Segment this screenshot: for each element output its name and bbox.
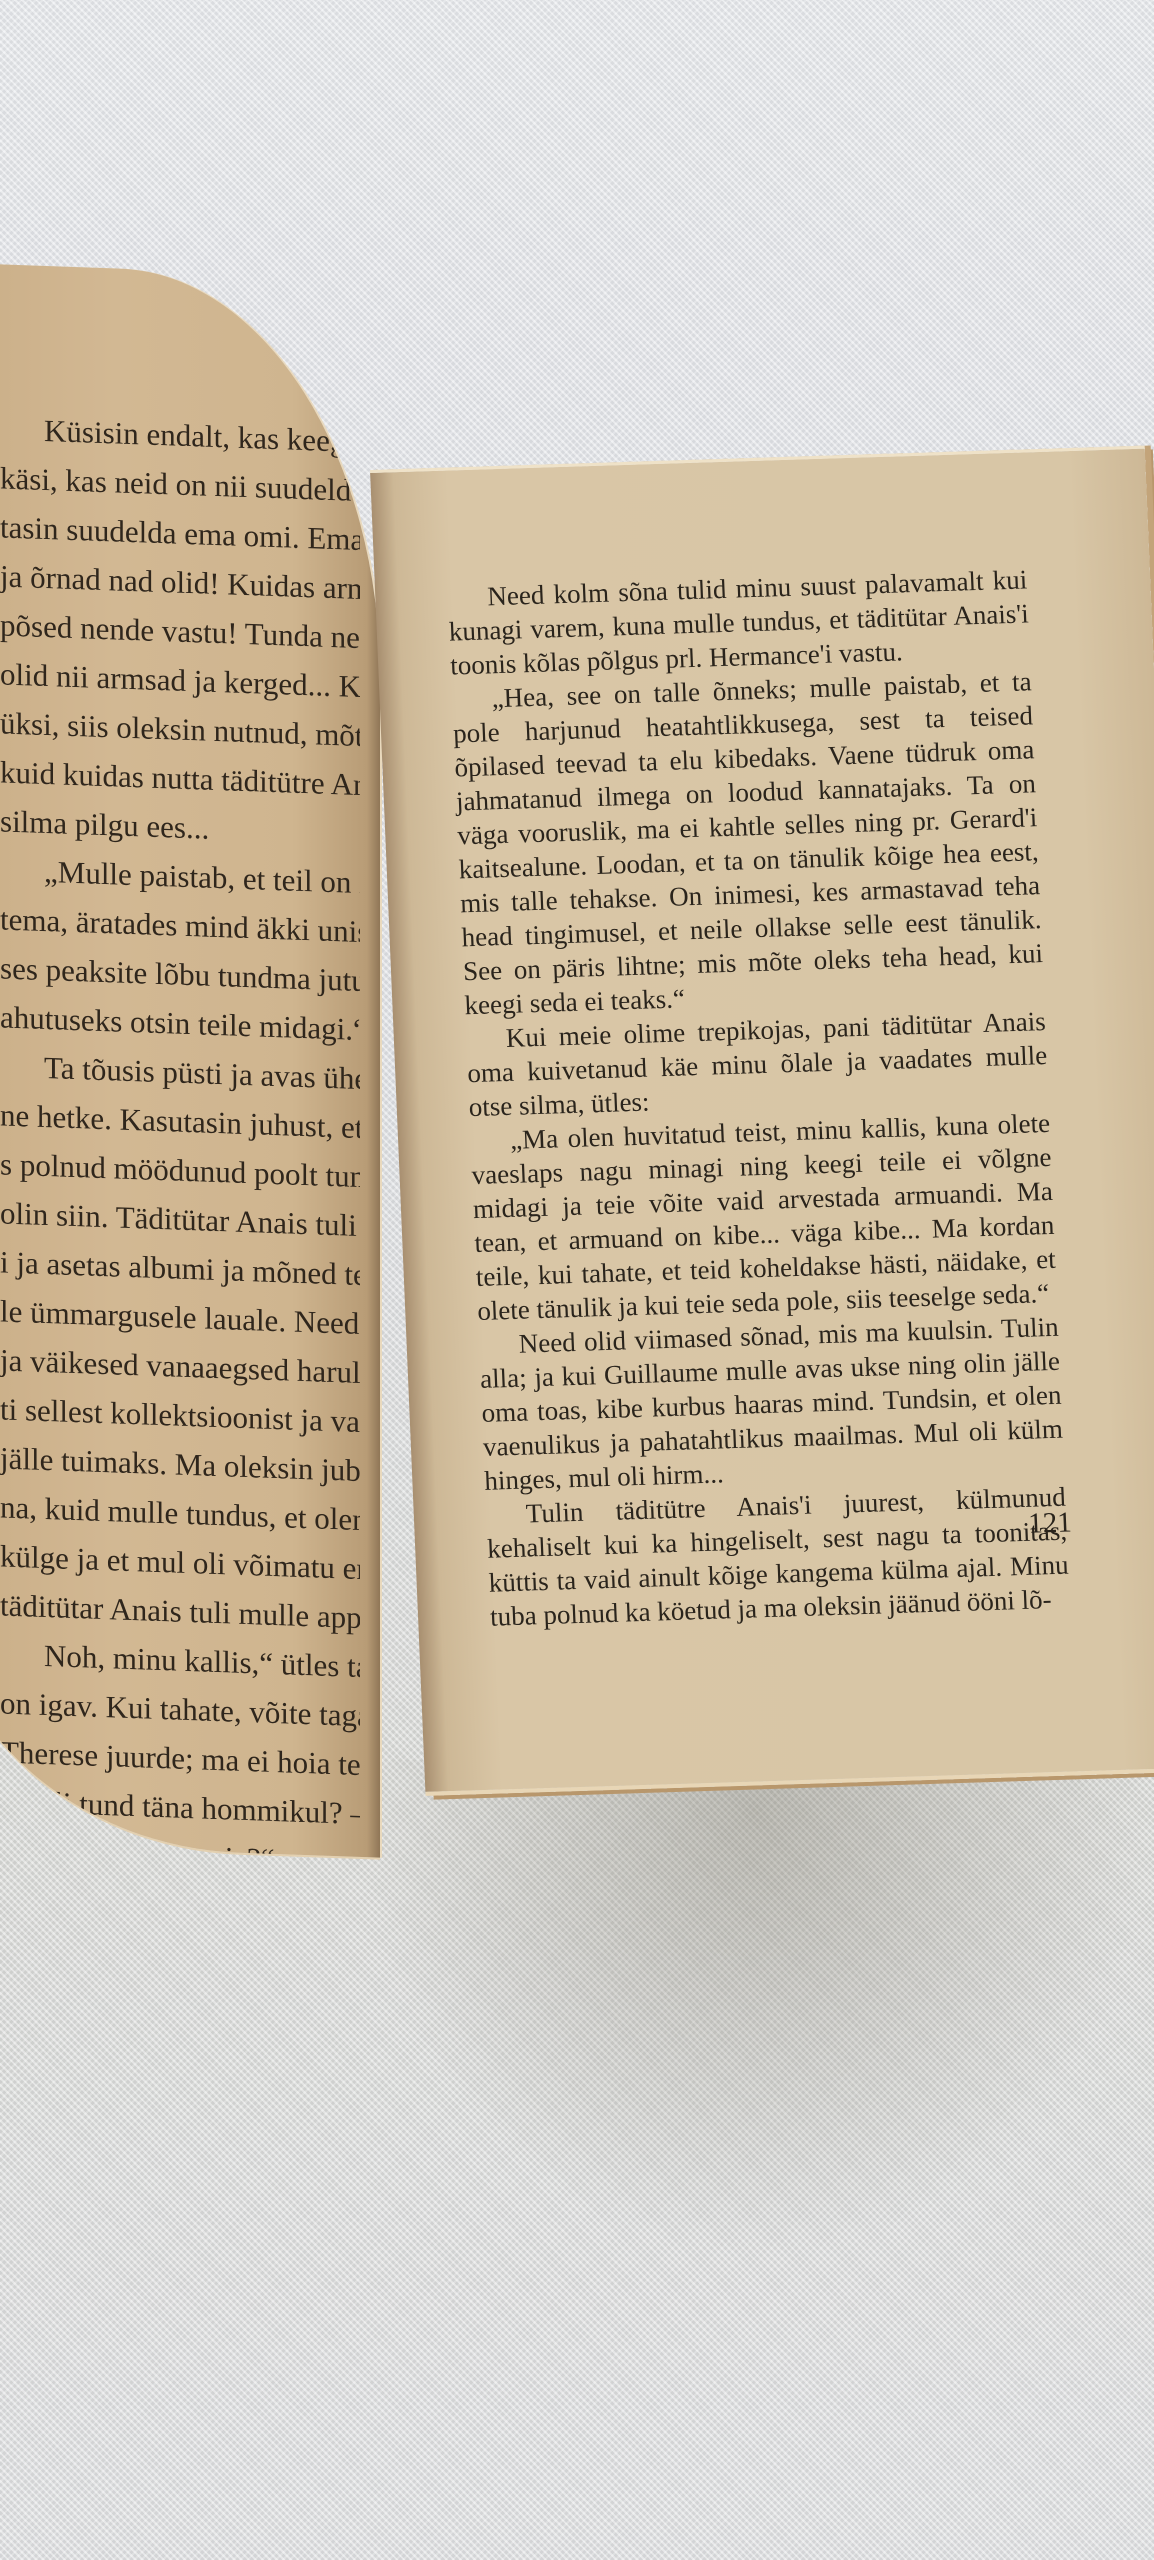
- left-book-page: Küsisin endalt, kas keegi kunagi on süle…: [0, 262, 380, 1857]
- paragraph: „Ma olen huvitatud teist, minu kallis, k…: [469, 1106, 1057, 1328]
- left-page-text: Küsisin endalt, kas keegi kunagi on süle…: [0, 404, 360, 1857]
- right-page-text: Need kolm sõna tulid minu suust palavama…: [447, 562, 1071, 1633]
- page-number: 121: [1028, 1506, 1073, 1540]
- paragraph: „Hea, see on talle õnneks; mulle paistab…: [451, 664, 1045, 1022]
- paragraph: Tulin täditütre Anais'i juurest, külmunu…: [485, 1480, 1070, 1634]
- right-book-page: Need kolm sõna tulid minu suust palavama…: [370, 446, 1154, 1796]
- paragraph: Need olid viimased sõnad, mis ma kuulsin…: [478, 1310, 1065, 1498]
- paragraph: Kui meie olime trepikojas, pani täditüta…: [465, 1004, 1049, 1124]
- book-shadow: [360, 1760, 1154, 2260]
- paragraph: Need kolm sõna tulid minu suust palavama…: [447, 562, 1031, 682]
